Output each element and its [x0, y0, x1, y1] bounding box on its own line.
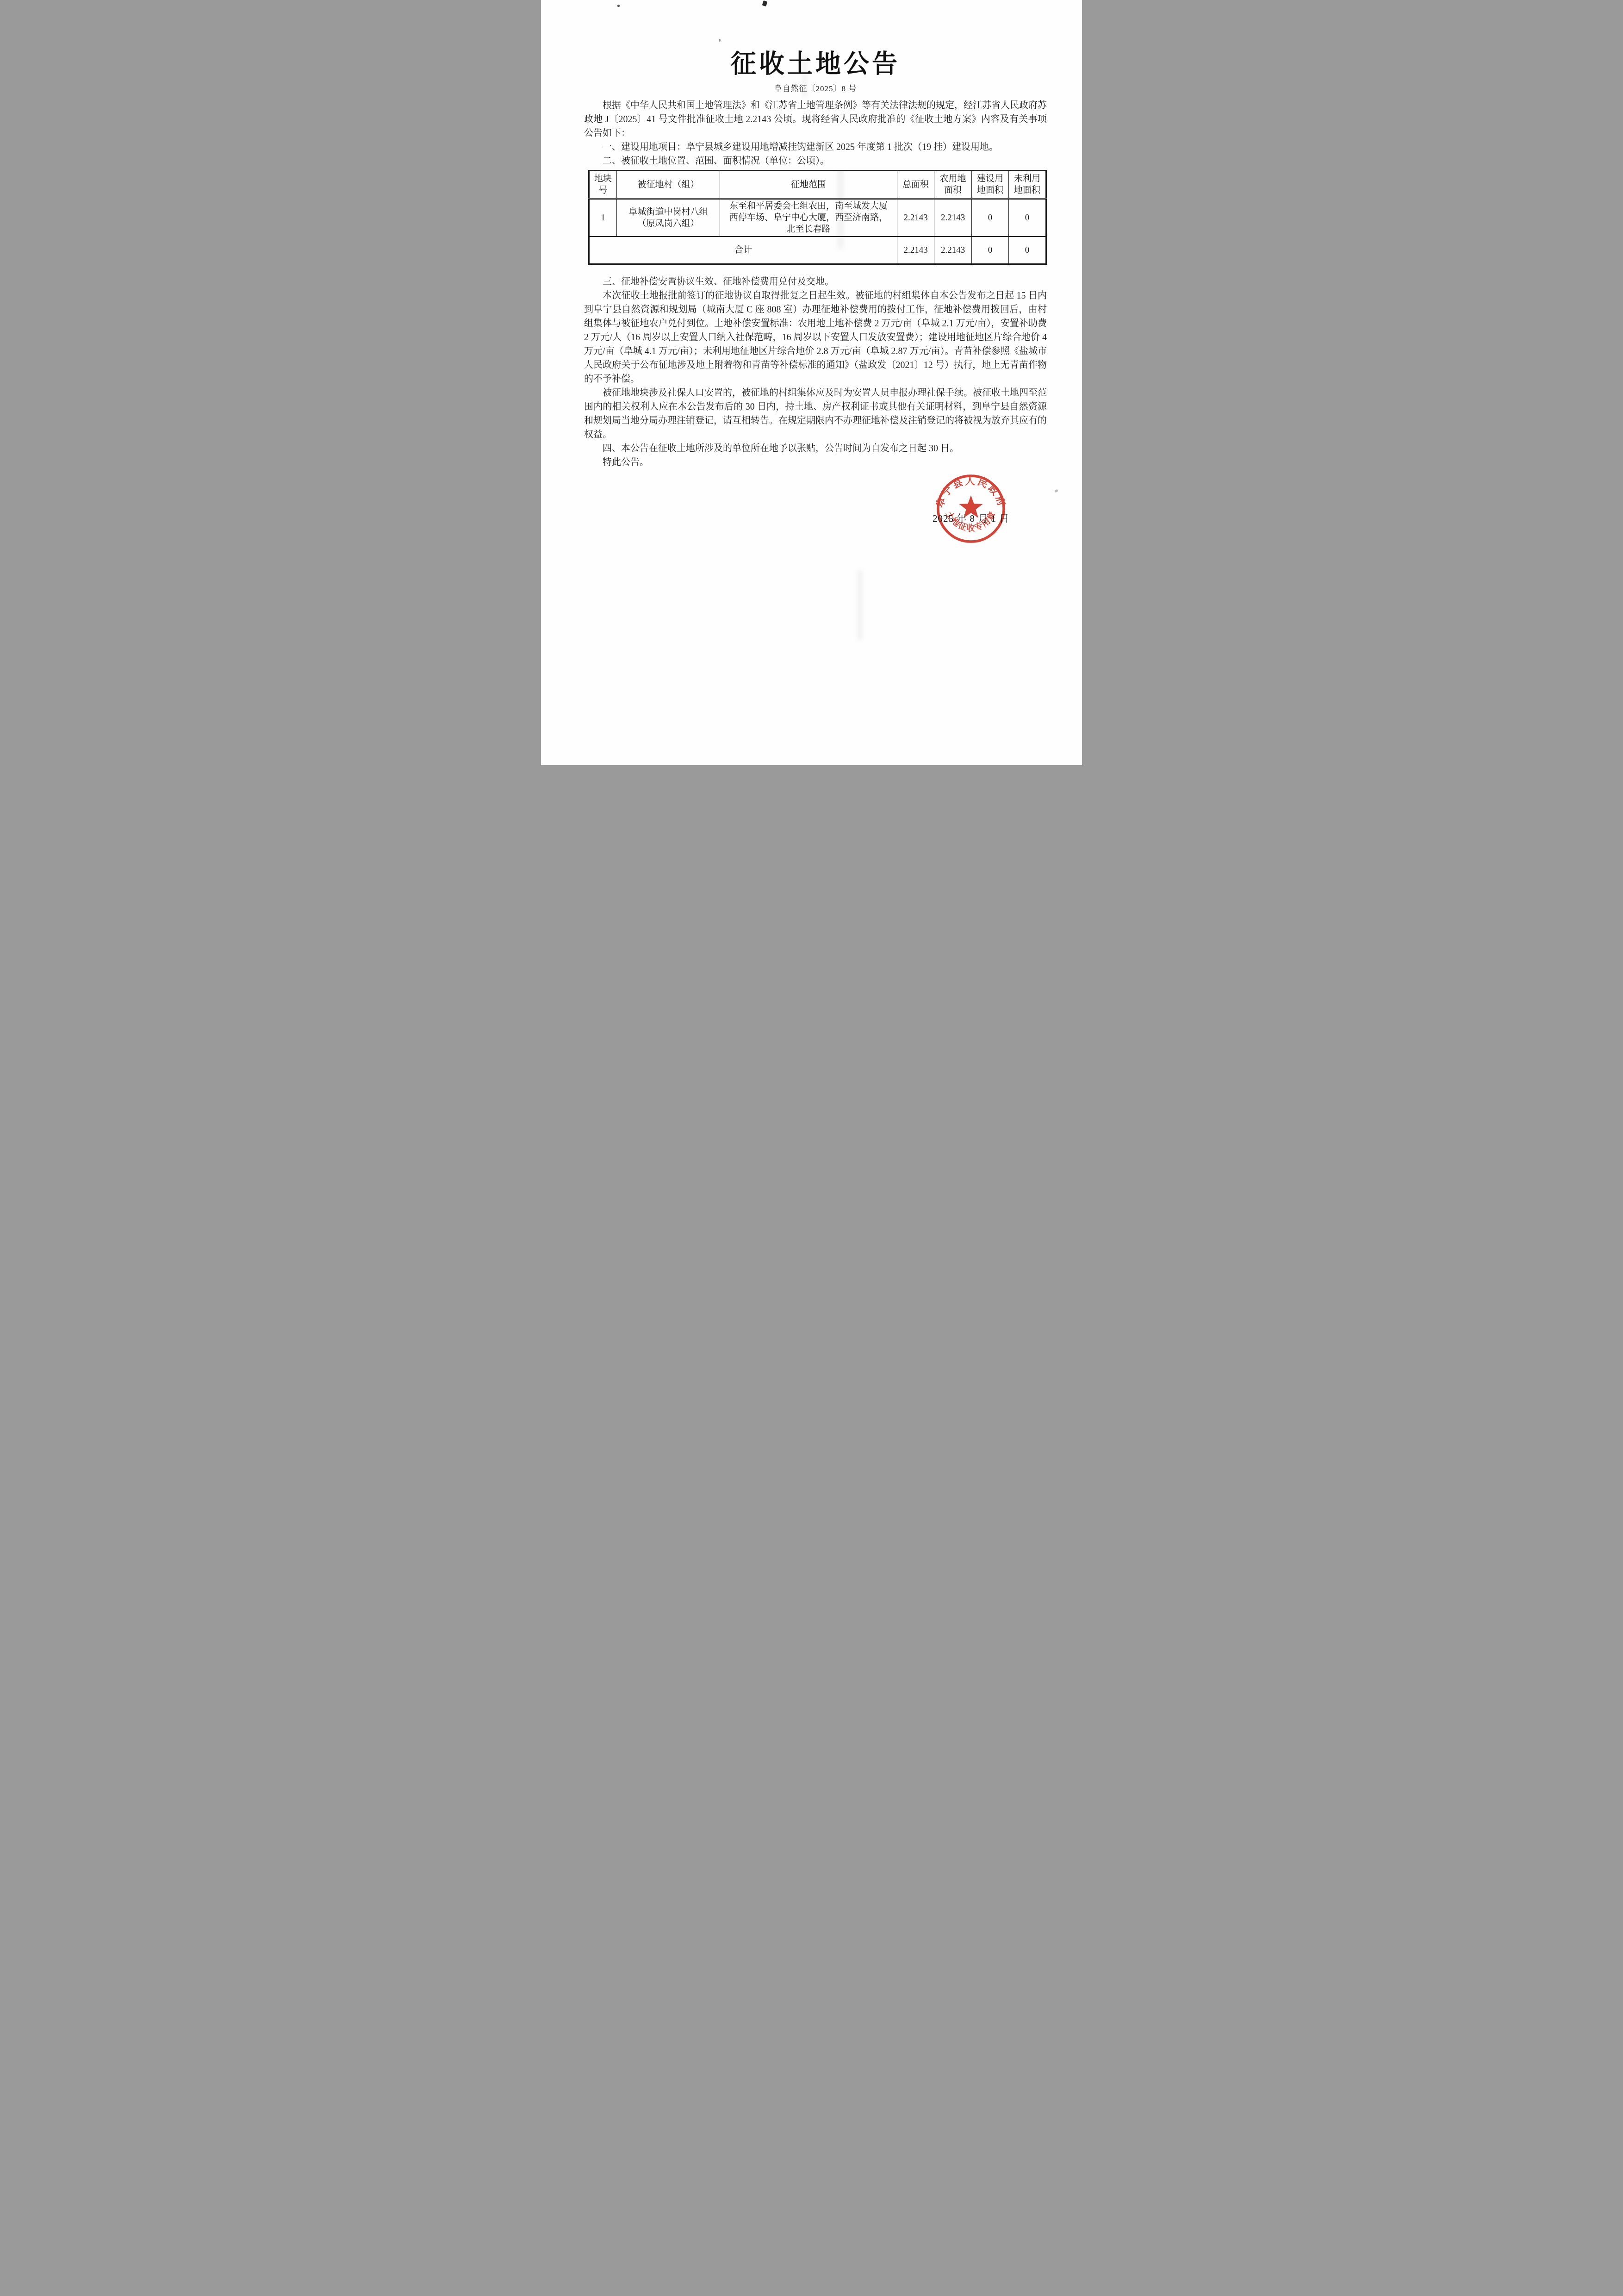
header-unused-area: 未利用 地面积 [1009, 171, 1046, 199]
scan-speck [1025, 192, 1028, 193]
header-total-area: 总面积 [897, 171, 934, 199]
cell-village: 阜城街道中岗村八组 （原凤岗六组） [617, 199, 720, 237]
land-requisition-table: 地块 号 被征地村（组） 征地范围 总面积 农用地 面积 建设用 地面积 未利用… [588, 170, 1047, 265]
header-plot-no: 地块 号 [589, 171, 617, 199]
cell-total-agri-area: 2.2143 [934, 237, 972, 264]
cell-total-total-area: 2.2143 [897, 237, 934, 264]
cell-total-construction-area: 0 [972, 237, 1009, 264]
cell-agri-area: 2.2143 [934, 199, 972, 237]
item-3-paragraph-2: 被征地地块涉及社保人口安置的，被征地的村组集体应及时为安置人员申报办理社保手续。… [584, 386, 1047, 442]
table-header-row: 地块 号 被征地村（组） 征地范围 总面积 农用地 面积 建设用 地面积 未利用… [589, 171, 1046, 199]
document-title: 征收土地公告 [584, 49, 1047, 78]
scan-smudge [802, 56, 807, 97]
closing-line: 特此公告。 [584, 455, 1047, 469]
issue-date: 2025 年 8 月 1 日 [933, 511, 1009, 525]
official-stamp: 阜宁县人民政府 土地征收专用章 [934, 472, 1008, 546]
header-construction-area: 建设用 地面积 [972, 171, 1009, 199]
table-total-row: 合计 2.2143 2.2143 0 0 [589, 237, 1046, 264]
intro-paragraph: 根据《中华人民共和国土地管理法》和《江苏省土地管理条例》等有关法律法规的规定，经… [584, 99, 1047, 140]
table-row: 1 阜城街道中岗村八组 （原凤岗六组） 东至和平居委会七组农田，南至城发大厦 西… [589, 199, 1046, 237]
cell-total-unused-area: 0 [1009, 237, 1046, 264]
item-2-location: 二、被征收土地位置、范围、面积情况（单位：公顷）。 [584, 154, 1047, 168]
scan-speck [719, 39, 721, 42]
document-number: 阜自然征〔2025〕8 号 [584, 83, 1047, 94]
cell-total-label: 合计 [589, 237, 897, 264]
header-scope: 征地范围 [720, 171, 897, 199]
item-3-paragraph-1: 本次征收土地报批前签订的征地协议自取得批复之日起生效。被征地的村组集体自本公告发… [584, 289, 1047, 386]
cell-plot-no: 1 [589, 199, 617, 237]
scan-speck [617, 5, 620, 7]
cell-scope: 东至和平居委会七组农田，南至城发大厦 西停车场、阜宁中心大厦，西至济南路， 北至… [720, 199, 897, 237]
item-4-posting: 四、本公告在征收土地所涉及的单位所在地予以张贴，公告时间为自发布之日起 30 日… [584, 442, 1047, 455]
item-3-heading: 三、征地补偿安置协议生效、征地补偿费用兑付及交地。 [584, 275, 1047, 289]
scan-smudge [857, 570, 863, 640]
header-village: 被征地村（组） [617, 171, 720, 199]
document-content: 征收土地公告 阜自然征〔2025〕8 号 根据《中华人民共和国土地管理法》和《江… [584, 0, 1047, 469]
cell-total-area: 2.2143 [897, 199, 934, 237]
cell-construction-area: 0 [972, 199, 1009, 237]
item-1-project: 一、建设用地项目：阜宁县城乡建设用地增减挂钩建新区 2025 年度第 1 批次（… [584, 140, 1047, 154]
cell-unused-area: 0 [1009, 199, 1046, 237]
document-page: 征收土地公告 阜自然征〔2025〕8 号 根据《中华人民共和国土地管理法》和《江… [541, 0, 1082, 765]
scan-smudge [634, 296, 638, 352]
scan-smudge [837, 170, 844, 249]
scan-speck [1054, 489, 1058, 493]
header-agri-area: 农用地 面积 [934, 171, 972, 199]
